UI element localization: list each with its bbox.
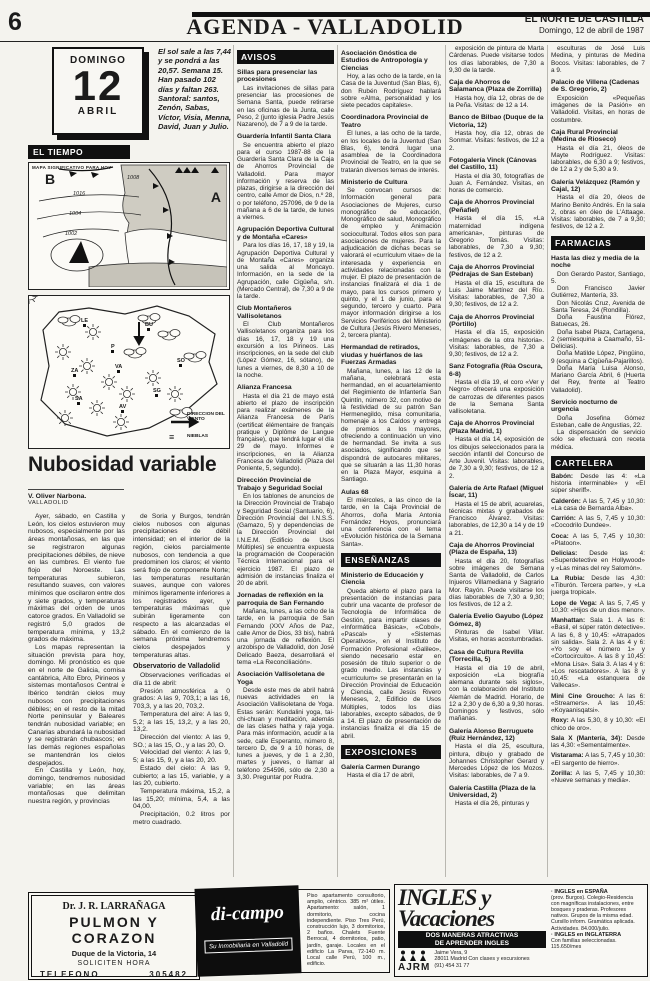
agenda-block: Guardería Infantil Santa Clara Se encuen… <box>237 133 334 221</box>
column-farmacias-cartelera: esculturas de José Luis Medina, y pintur… <box>551 45 645 877</box>
agenda-block: FARMACIAS <box>551 236 645 250</box>
agenda-block: Agrupación Deportiva Cultural y de Monta… <box>237 226 334 300</box>
agenda-block: Galería Evelio Gayubo (López Gómez, 8) P… <box>449 613 544 643</box>
cinema-name: Manhattan: <box>551 617 585 624</box>
fog-legend: NIEBLAS <box>187 434 208 439</box>
item-body: Se convocan cursos de: Información gener… <box>341 187 441 339</box>
ad-larranaga[interactable]: Dr. J. R. LARRAÑAGA PULMON Y CORAZON Duq… <box>28 892 200 980</box>
cinema-listing: Lope de Vega: A las 5, 7,45 y 10,30: «Hi… <box>551 600 645 615</box>
item-title: Caja Rural Provincial (Medina de Rioseco… <box>551 129 645 144</box>
agenda-block: Asociación Gnóstica de Estudios de Antro… <box>341 50 441 109</box>
cinema-listing: Coca: A las 5, 7,45 y 10,30: «Platoon». <box>551 533 645 548</box>
column-divider <box>445 45 446 877</box>
item-title: Hermandad de retirados, viudas y huérfan… <box>341 344 441 366</box>
ingles-headline-1: INGLES y <box>398 887 546 908</box>
agenda-block: Don Nicolás Cruz, Avenida de Santa Teres… <box>551 300 645 315</box>
newspaper-page: 6 AGENDA - VALLADOLID EL NORTE DE CASTIL… <box>0 0 650 981</box>
item-body: Hasta el día 21 de mayo está abierto el … <box>237 393 334 473</box>
agenda-block: CARTELERA <box>551 456 645 470</box>
article-paragraph: Temperatura del aire: A las 9, 5,2; a la… <box>133 711 230 734</box>
agenda-block: Carrión: A las 5, 7,45 y 10,30: «Cocodri… <box>551 515 645 530</box>
item-title: Servicio nocturno de urgencia <box>551 399 645 414</box>
agenda-block: Galería Carmen Durango Hasta el día 17 d… <box>341 764 441 780</box>
item-body: Hasta hoy, día 12, obras de de la Peña. … <box>449 95 544 110</box>
isobar-value: 1016 <box>73 191 85 197</box>
city-label: VA <box>115 364 122 373</box>
column-divider <box>337 45 338 877</box>
agenda-block: Coordinadora Provincial de Teatro El lun… <box>341 114 441 173</box>
ingles-address-2: 28011 Madrid Con clases y excursiones <box>434 956 529 962</box>
ad-ingles-vacaciones[interactable]: INGLES y Vacaciones DOS MANERAS ATRACTIV… <box>394 884 648 977</box>
agenda-block: Caja de Ahorros Provincial (Plaza Madrid… <box>449 420 544 479</box>
column-avisos-ensenanzas: Asociación Gnóstica de Estudios de Antro… <box>341 45 441 877</box>
cinema-name: Coca: <box>551 533 569 540</box>
item-body: El miércoles, a las cinco de la tarde, e… <box>341 497 441 548</box>
article-paragraph: Precipitación, 0.2 litros por metro cuad… <box>133 811 230 826</box>
page-number: 6 <box>8 8 22 37</box>
item-body: Mañana, lunes, a las 12 de la mañana, ce… <box>341 368 441 484</box>
item-title: Caja de Ahorros de Salamanca (Plaza de Z… <box>449 79 544 94</box>
agenda-block: Caja de Ahorros Provincial (Portillo) Ha… <box>449 314 544 359</box>
agenda-block: Vistarama: A las 5, 7,45 y 10,30: «El sa… <box>551 752 645 767</box>
isobar-value: 1004 <box>69 211 81 217</box>
item-title: Coordinadora Provincial de Teatro <box>341 114 441 129</box>
agenda-block: La dispensación de servicio sólo se efec… <box>551 429 645 451</box>
city-label: SA <box>75 396 83 405</box>
item-title: Fotogalería Vinck (Cánovas del Castillo,… <box>449 157 544 172</box>
item-title: Caja de Ahorros Provincial (Plaza de Esp… <box>449 542 544 557</box>
item-body: Hasta el 15 de abril, acuarelas, técnica… <box>449 501 544 537</box>
cinema-name: Sala X (Mantería, 34): <box>551 735 622 742</box>
column-avisos: AVISOS Sillas para presenciar las proces… <box>237 45 334 877</box>
article-paragraph: de Soria y Burgos, tendrán cielos nuboso… <box>133 513 230 659</box>
day-number: 12 <box>54 66 142 106</box>
agenda-block: EXPOSICIONES <box>341 745 441 759</box>
ad-doctor-name: Dr. J. R. LARRAÑAGA <box>32 901 196 912</box>
cinema-name: Babón: <box>551 473 573 480</box>
isobar-value: 1002 <box>65 231 77 237</box>
item-title: Caja de Ahorros Provincial (Portillo) <box>449 314 544 329</box>
article-column-1: Ayer, sábado, en Castilla y León, los ci… <box>28 513 125 877</box>
item-body: Hasta el día 19, el coro «Ver y Negro» o… <box>449 379 544 415</box>
item-title: Galería Velázquez (Ramón y Cajal, 12) <box>551 179 645 194</box>
article-paragraph: Presión atmosférica a 0 grados: A las 9,… <box>133 688 230 711</box>
agenda-block: Mini Cine Groucho: A las 6: «Streamers».… <box>551 693 645 715</box>
article-paragraph: Estado del cielo: A las 9, cubierto; a l… <box>133 765 230 788</box>
item-body: La dispensación de servicio sólo se efec… <box>551 429 645 451</box>
cinema-listing: Mini Cine Groucho: A las 6: «Streamers».… <box>551 693 645 715</box>
item-body: Hasta el día 20, óleos de Marino Benito … <box>551 194 645 230</box>
item-body: Doña María Luisa Alonso, Mariano García … <box>551 365 645 394</box>
article-body: Ayer, sábado, en Castilla y León, los ci… <box>28 513 230 877</box>
item-title: Banco de Bilbao (Duque de la Victoria, 1… <box>449 114 544 129</box>
item-title: Ministerio de Educación y Ciencia <box>341 572 441 587</box>
agenda-block: exposición de pintura de Marta Cárdenas.… <box>449 45 544 74</box>
article-paragraph: Dirección del viento: A las 9, SO.; a la… <box>133 734 230 749</box>
item-title: Aulas 68 <box>341 489 441 496</box>
item-title: Sillas para presenciar las procesiones <box>237 69 334 84</box>
agenda-block: ENSEÑANZAS <box>341 553 441 567</box>
city-label: SG <box>153 388 161 397</box>
item-body: Hasta hoy, día 12, obras de Sonmar. Visi… <box>449 130 544 152</box>
agenda-block: Galería de Arte Rafael (Miguel Íscar, 11… <box>449 485 544 537</box>
item-title: Caja de Ahorros Provincial (Plaza Madrid… <box>449 420 544 435</box>
agenda-block: Club Montañeros Vallisoletanos El Club M… <box>237 305 334 379</box>
masthead: EL NORTE DE CASTILLA Domingo, 12 de abri… <box>525 14 644 36</box>
agenda-block: Sillas para presenciar las procesiones L… <box>237 69 334 128</box>
cinema-listing: Delicias: Desde las 4: «Superdetective e… <box>551 550 645 572</box>
city-label: P <box>111 344 115 353</box>
agenda-block: Caja de Ahorros Provincial (Plaza de Esp… <box>449 542 544 609</box>
article-paragraph: Velocidad del viento: A las 9, 5; a las … <box>133 749 230 764</box>
agenda-block: Hermandad de retirados, viudas y huérfan… <box>341 344 441 483</box>
city-label: LE <box>81 318 88 327</box>
dicampo-logo: di-campo <box>195 901 300 927</box>
item-title: Palacio de Villena (Cadenas de S. Gregor… <box>551 79 645 94</box>
agenda-block: Palacio de Villena (Cadenas de S. Gregor… <box>551 79 645 124</box>
el-tiempo-section-header: EL TIEMPO <box>28 145 130 159</box>
agenda-block: Roxy: A las 5,30, 8 y 10,30: «El chico d… <box>551 717 645 732</box>
masthead-name: EL NORTE DE CASTILLA <box>525 14 644 25</box>
ajrm-logo: AJRM <box>398 962 430 973</box>
section-header-bar: EXPOSICIONES <box>341 745 441 759</box>
ad-phone-number: 305482 <box>149 970 188 979</box>
agenda-block: Aulas 68 El miércoles, a las cinco de la… <box>341 489 441 548</box>
ingles-banner-line2: DE APRENDER INGLES <box>398 940 546 948</box>
cinema-listing: Roxy: A las 5,30, 8 y 10,30: «El chico d… <box>551 717 645 732</box>
agenda-block: Caja Rural Provincial (Medina de Rioseco… <box>551 129 645 174</box>
agenda-block: Galería Castilla (Plaza de la Universida… <box>449 785 544 808</box>
article-paragraph: Los mapas representan la situación previ… <box>28 644 125 767</box>
agenda-block: Banco de Bilbao (Duque de la Victoria, 1… <box>449 114 544 152</box>
cinema-name: Lope de Vega: <box>551 600 597 607</box>
item-title: Club Montañeros Vallisoletanos <box>237 305 334 320</box>
section-header-bar: FARMACIAS <box>551 236 645 250</box>
cinema-listing: La Rubia: Desde las 4,30: «Tiburón. Terc… <box>551 575 645 597</box>
page-title: AGENDA - VALLADOLID <box>120 14 530 40</box>
item-body: Hasta el día 15, «La maternidad indígena… <box>449 215 544 259</box>
cinema-name: La Rubia: <box>551 575 585 582</box>
agenda-block: Don Gerardo Pastor, Santiago, 5. <box>551 271 645 286</box>
agenda-block: Galería Alonso Berruguete (Ruiz Hernánde… <box>449 728 544 780</box>
item-title: Agrupación Deportiva Cultural y de Monta… <box>237 226 334 241</box>
agenda-block: Jornadas de reflexión en la parroquia de… <box>237 592 334 666</box>
month-name: ABRIL <box>54 106 142 117</box>
item-body: Don Gerardo Pastor, Santiago, 5. <box>551 271 645 286</box>
agenda-block: Babón: Desde las 4: «La historia intermi… <box>551 473 645 495</box>
agenda-block: Doña María Luisa Alonso, Mariano García … <box>551 365 645 394</box>
item-body: Se encuentra abierto el plazo para el cu… <box>237 142 334 222</box>
agenda-block: AVISOS <box>237 50 334 64</box>
city-label: SO <box>177 358 185 367</box>
item-title: Caja de Ahorros Provincial (Pedrajas de … <box>449 264 544 279</box>
agenda-block: Doña Matilde López, Pingüino, 9 (esquina… <box>551 350 645 365</box>
item-body: Exposición «Pequeñas imágenes de la Pasi… <box>551 95 645 124</box>
ad-phone-label: TELEFONO <box>40 970 100 979</box>
item-body: Mañana, lunes, a las ocho de la tarde, e… <box>237 608 334 666</box>
item-body: Hasta el día 15, exposición «Imágenes de… <box>449 329 544 358</box>
agenda-block: Delicias: Desde las 4: «Superdetective e… <box>551 550 645 572</box>
city-label: ZA <box>71 368 78 377</box>
agenda-block: Caja de Ahorros Provincial (Pedrajas de … <box>449 264 544 309</box>
agenda-block: Fotogalería Vinck (Cánovas del Castillo,… <box>449 157 544 195</box>
dicampo-tagline: Su Inmobiliaria en Valladolid <box>205 937 293 953</box>
item-body: Hasta el día 15, escultura de Luis Jaime… <box>449 280 544 309</box>
people-icons <box>398 950 428 962</box>
ad-listing-text: Piso apartamento consultorio, amplio, cé… <box>307 893 385 967</box>
agenda-block: Zorilla: A las 5, 7,45 y 10,30: «Nueve s… <box>551 770 645 785</box>
cinema-name: Roxy: <box>551 717 569 724</box>
item-title: Asociación Vallisoletana de Yoga <box>237 671 334 686</box>
agenda-block: Galería Velázquez (Ramón y Cajal, 12) Ha… <box>551 179 645 231</box>
offer-uk-text: Con familias seleccionadas. 115.650/mes <box>551 938 643 950</box>
item-title: Galería de Arte Rafael (Miguel Íscar, 11… <box>449 485 544 500</box>
article-paragraph: Observaciones verificadas el día 11 de a… <box>133 672 230 687</box>
cinema-name: Calderón: <box>551 498 581 505</box>
item-title: Sanz Fotografía (Rúa Oscura, 6-8) <box>449 363 544 378</box>
regional-map-graphic <box>29 296 227 446</box>
ad-note: SOLICITEN HORA <box>32 960 196 967</box>
article-subhead: Observatorio de Valladolid <box>133 663 230 670</box>
item-title: Guardería Infantil Santa Clara <box>237 133 334 140</box>
item-title: Jornadas de reflexión en la parroquia de… <box>237 592 334 607</box>
item-body: Don Francisco Javier Gutiérrez, Mantería… <box>551 285 645 300</box>
item-body: El Club Montañeros Vallisoletanos organi… <box>237 321 334 379</box>
agenda-block: Lope de Vega: A las 5, 7,45 y 10,30: «Hi… <box>551 600 645 615</box>
ingles-headline-2: Vacaciones <box>398 908 546 929</box>
ad-address: Duque de la Victoria, 14 <box>32 949 196 958</box>
section-header-bar: AVISOS <box>237 50 334 64</box>
cinema-name: Zorilla: <box>551 770 572 777</box>
cinema-listing: Vistarama: A las 5, 7,45 y 10,30: «El sa… <box>551 752 645 767</box>
byline-author: V. Oliver Narbona. <box>28 493 124 500</box>
cinema-times: Sala 1. A las 6: «Basil, el súper ratón … <box>551 617 645 689</box>
calendar-date-box: DOMINGO 12 ABRIL <box>52 47 144 135</box>
ad-specialty: PULMON Y CORAZON <box>32 914 196 946</box>
item-body: Don Nicolás Cruz, Avenida de Santa Teres… <box>551 300 645 315</box>
item-body: Desde este mes de abril habrá nuevas act… <box>237 687 334 781</box>
item-body: Pinturas de Isabel Villar. Visitas, en h… <box>449 629 544 644</box>
item-title: Ministerio de Cultura <box>341 179 441 186</box>
ingles-banner-line1: DOS MANERAS ATRACTIVAS <box>398 932 546 940</box>
item-body: Doña Matilde López, Pingüino, 9 (esquina… <box>551 350 645 365</box>
agenda-block: Doña Josefina Gómez Esteban, calle de An… <box>551 415 645 430</box>
column-divider <box>233 45 234 877</box>
agenda-block: Ministerio de Cultura Se convocan cursos… <box>341 179 441 340</box>
agenda-block: esculturas de José Luis Medina, y pintur… <box>551 45 645 74</box>
cinema-name: Carrión: <box>551 515 576 522</box>
item-body: Doña Isabel Plaza, Cartagena, 2 (semiesq… <box>551 329 645 351</box>
article-paragraph: Ayer, sábado, en Castilla y León, los ci… <box>28 513 125 644</box>
byline-city: VALLADOLID <box>28 500 124 506</box>
synoptic-map-graphic <box>29 163 227 287</box>
agenda-block: La Rubia: Desde las 4,30: «Tiburón. Terc… <box>551 575 645 597</box>
agenda-block: Casa de Cultura Revilla (Torrecilla, 5) … <box>449 649 544 723</box>
item-body: Hasta el día 25, escultura, pintura, dib… <box>449 743 544 779</box>
item-title: Casa de Cultura Revilla (Torrecilla, 5) <box>449 649 544 664</box>
wind-direction-legend: DIRECCION DEL VIENTO <box>187 412 227 423</box>
item-title: Alianza Francesa <box>237 384 334 391</box>
agenda-block: Doña Isabel Plaza, Cartagena, 2 (semiesq… <box>551 329 645 351</box>
agenda-block: Sanz Fotografía (Rúa Oscura, 6-8) Hasta … <box>449 363 544 415</box>
article-paragraph: En Castilla y León, hoy, domingo, tendre… <box>28 767 125 806</box>
isobar-value: 1008 <box>127 175 139 181</box>
agenda-block: Caja de Ahorros Provincial (Peñafiel) Ha… <box>449 199 544 258</box>
agenda-block: Doña Faustina Flórez, Batuecas, 26. <box>551 314 645 329</box>
agenda-block: Servicio nocturno de urgencia <box>551 399 645 414</box>
item-body: Hasta el día 26, pinturas y <box>449 800 544 807</box>
item-title: Galería Alonso Berruguete (Ruiz Hernánde… <box>449 728 544 743</box>
cinema-listing: Sala X (Mantería, 34): Desde las 4,30: «… <box>551 735 645 750</box>
weather-region: DOMINGO 12 ABRIL El sol sale a las 7,44 … <box>28 45 230 877</box>
item-title: Galería Carmen Durango <box>341 764 441 771</box>
agenda-block: Manhattan: Sala 1. A las 6: «Basil, el s… <box>551 617 645 690</box>
masthead-date: Domingo, 12 de abril de 1987 <box>525 25 644 36</box>
item-body: Hasta el día 19 de abril, exposición «La… <box>449 665 544 723</box>
city-label: BU <box>145 322 153 331</box>
agenda-block: Ministerio de Educación y Ciencia Queda … <box>341 572 441 740</box>
item-title: Dirección Provincial de Trabajo y Seguri… <box>237 477 334 492</box>
cinema-listing: Zorilla: A las 5, 7,45 y 10,30: «Nueve s… <box>551 770 645 785</box>
agenda-block: Dirección Provincial de Trabajo y Seguri… <box>237 477 334 587</box>
agenda-block: Coca: A las 5, 7,45 y 10,30: «Platoon». <box>551 533 645 548</box>
agenda-block: Asociación Vallisoletana de Yoga Desde e… <box>237 671 334 781</box>
item-title: Galería Evelio Gayubo (López Gómez, 8) <box>449 613 544 628</box>
column-exposiciones: exposición de pintura de Marta Cárdenas.… <box>449 45 544 877</box>
item-body: Hasta el día 20, fotografías sobre imáge… <box>449 558 544 609</box>
cinema-listing: Manhattan: Sala 1. A las 6: «Basil, el s… <box>551 617 645 690</box>
map-title: MAPA SIGNIFICATIVO PARA HOY <box>32 165 112 170</box>
item-body: Para los días 16, 17, 18 y 19, la Agrupa… <box>237 242 334 300</box>
agenda-block: Caja de Ahorros de Salamanca (Plaza de Z… <box>449 79 544 109</box>
section-header-bar: CARTELERA <box>551 456 645 470</box>
article-headline: Nubosidad variable <box>28 453 216 477</box>
item-body: exposición de pintura de Marta Cárdenas.… <box>449 45 544 74</box>
item-body: esculturas de José Luis Medina, y pintur… <box>551 45 645 74</box>
fog-icon: ≡ <box>169 432 173 442</box>
agenda-block: Sala X (Mantería, 34): Desde las 4,30: «… <box>551 735 645 750</box>
regional-weather-map: LE BU P SO VA ZA SG SA AV DIRECCION DEL … <box>28 295 230 449</box>
ingles-phone: (91) 454 31 77 <box>434 963 529 969</box>
agenda-block: Hasta las diez y media de la noche <box>551 255 645 270</box>
synoptic-map: MAPA SIGNIFICATIVO PARA HOY B A 1008 101… <box>28 162 230 290</box>
agenda-block: Alianza Francesa Hasta el día 21 de mayo… <box>237 384 334 472</box>
item-body: Hasta el día 14, exposición de los dibuj… <box>449 436 544 480</box>
item-body: Doña Faustina Flórez, Batuecas, 26. <box>551 314 645 329</box>
high-pressure-label: A <box>211 189 221 205</box>
column-divider <box>547 45 548 877</box>
item-title: Asociación Gnóstica de Estudios de Antro… <box>341 50 441 72</box>
item-body: Hasta el día 21, óleos de Mayte Rodrígue… <box>551 145 645 174</box>
article-byline: V. Oliver Narbona. VALLADOLID <box>28 489 124 506</box>
city-label: AV <box>119 404 126 413</box>
item-body: Queda abierto el plazo para la presentac… <box>341 588 441 740</box>
cinema-name: Delicias: <box>551 550 577 557</box>
article-paragraph: Temperatura máxima, 15,2, a las 15,20; m… <box>133 788 230 811</box>
item-title: Hasta las diez y media de la noche <box>551 255 645 270</box>
cinema-name: Mini Cine Groucho: <box>551 693 615 700</box>
agenda-block: Calderón: A las 5, 7,45 y 10,30: «La cas… <box>551 498 645 513</box>
agenda-block: Don Francisco Javier Gutiérrez, Mantería… <box>551 285 645 300</box>
offer-spain-text: (prov. Burgos). Colegio-Residencia con m… <box>551 895 643 932</box>
item-title: Caja de Ahorros Provincial (Peñafiel) <box>449 199 544 214</box>
item-body: Doña Josefina Gómez Esteban, calle de An… <box>551 415 645 430</box>
sun-santoral-info: El sol sale a las 7,44 y se pondrá a las… <box>158 47 232 132</box>
cinema-listing: Calderón: A las 5, 7,45 y 10,30: «La cas… <box>551 498 645 513</box>
section-header-bar: ENSEÑANZAS <box>341 553 441 567</box>
item-title: Galería Castilla (Plaza de la Universida… <box>449 785 544 800</box>
article-column-2: de Soria y Burgos, tendrán cielos nuboso… <box>133 513 230 877</box>
item-body: Las invitaciones de sillas para presenci… <box>237 85 334 129</box>
item-body: Hasta el día 30, fotografías de Juan A. … <box>449 173 544 195</box>
cinema-listing: Carrión: A las 5, 7,45 y 10,30: «Cocodri… <box>551 515 645 530</box>
ad-dicampo[interactable]: di-campo Su Inmobiliaria en Valladolid <box>194 885 301 977</box>
item-body: Hasta el día 17 de abril, <box>341 772 441 779</box>
header-rule <box>0 41 650 42</box>
cinema-name: Vistarama: <box>551 752 584 759</box>
cinema-listing: Babón: Desde las 4: «La historia intermi… <box>551 473 645 495</box>
item-body: Hoy, a las ocho de la tarde, en la Casa … <box>341 73 441 109</box>
low-pressure-label: B <box>45 171 55 187</box>
item-body: En los tablones de anuncios de la Direcc… <box>237 493 334 587</box>
item-body: El lunes, a las ocho de la tarde, en los… <box>341 130 441 174</box>
